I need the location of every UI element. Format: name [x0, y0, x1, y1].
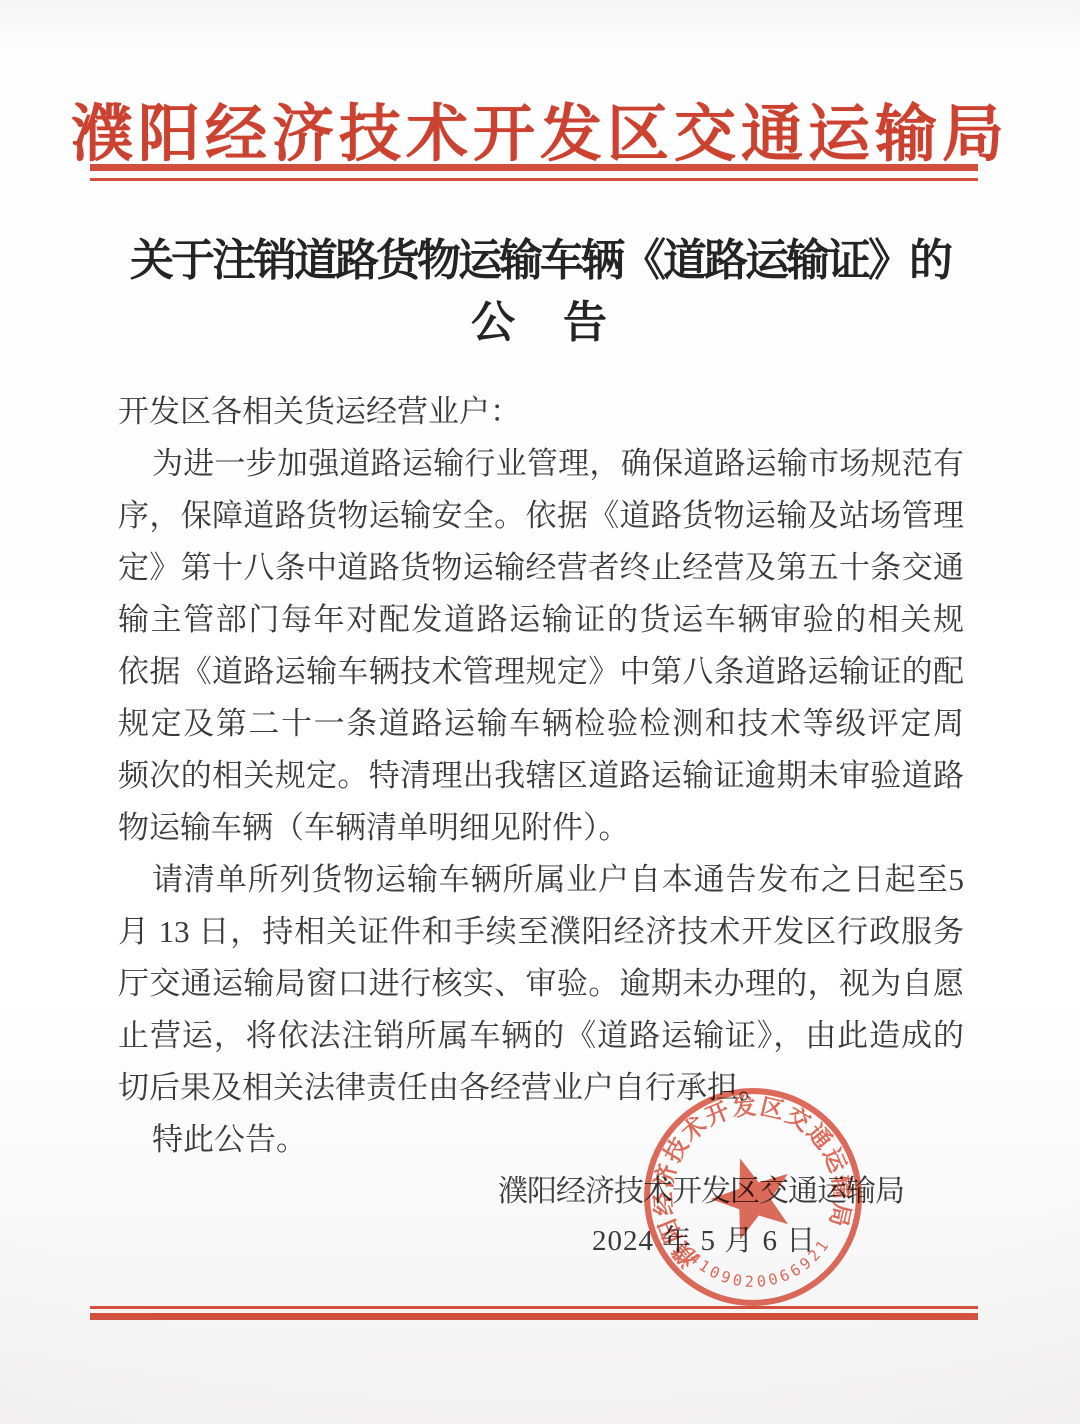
star-icon [702, 1146, 803, 1245]
letterhead-rule-thin [90, 178, 978, 181]
body-line: 月 13 日，持相关证件和手续至濮阳经济技术开发区行政服务大 [118, 906, 964, 958]
body-line: 序，保障道路货物运输安全。依据《道路货物运输及站场管理规 [118, 490, 964, 542]
footer-rule-thin [90, 1306, 978, 1309]
letterhead-rule-thick [90, 164, 978, 171]
body-line: 定》第十八条中道路货物运输经营者终止经营及第五十条交通运 [118, 542, 964, 594]
body-line: 为进一步加强道路运输行业管理，确保道路运输市场规范有 [118, 438, 964, 490]
body-line: 输主管部门每年对配发道路运输证的货运车辆审验的相关规定； [118, 594, 964, 646]
body-line: 频次的相关规定。特清理出我辖区道路运输证逾期未审验道路货 [118, 750, 964, 802]
document-page: 濮阳经济技术开发区交通运输局 关于注销道路货物运输车辆《道路运输证》的 公 告 … [0, 0, 1080, 1424]
document-body: 开发区各相关货运经营业户： 为进一步加强道路运输行业管理，确保道路运输市场规范有… [118, 386, 964, 1166]
footer-rule-thick [90, 1313, 978, 1320]
body-line: 依据《道路运输车辆技术管理规定》中第八条道路运输证的配发 [118, 646, 964, 698]
body-line: 请清单所列货物运输车辆所属业户自本通告发布之日起至5 [118, 854, 964, 906]
document-title-line2: 公 告 [0, 286, 1080, 350]
body-line: 规定及第二十一条道路运输车辆检验检测和技术等级评定周期、 [118, 698, 964, 750]
body-line: 止营运，将依法注销所属车辆的《道路运输证》，由此造成的一 [118, 1010, 964, 1062]
body-line: 开发区各相关货运经营业户： [118, 386, 964, 438]
official-seal: 濮阳经济技术开发区交通运输局 4109020066921 [623, 1067, 882, 1326]
document-title-line1: 关于注销道路货物运输车辆《道路运输证》的 [0, 224, 1080, 288]
body-line: 物运输车辆（车辆清单明细见附件）。 [118, 802, 964, 854]
letterhead-title: 濮阳经济技术开发区交通运输局 [0, 84, 1080, 173]
body-line: 厅交通运输局窗口进行核实、审验。逾期未办理的，视为自愿终 [118, 958, 964, 1010]
